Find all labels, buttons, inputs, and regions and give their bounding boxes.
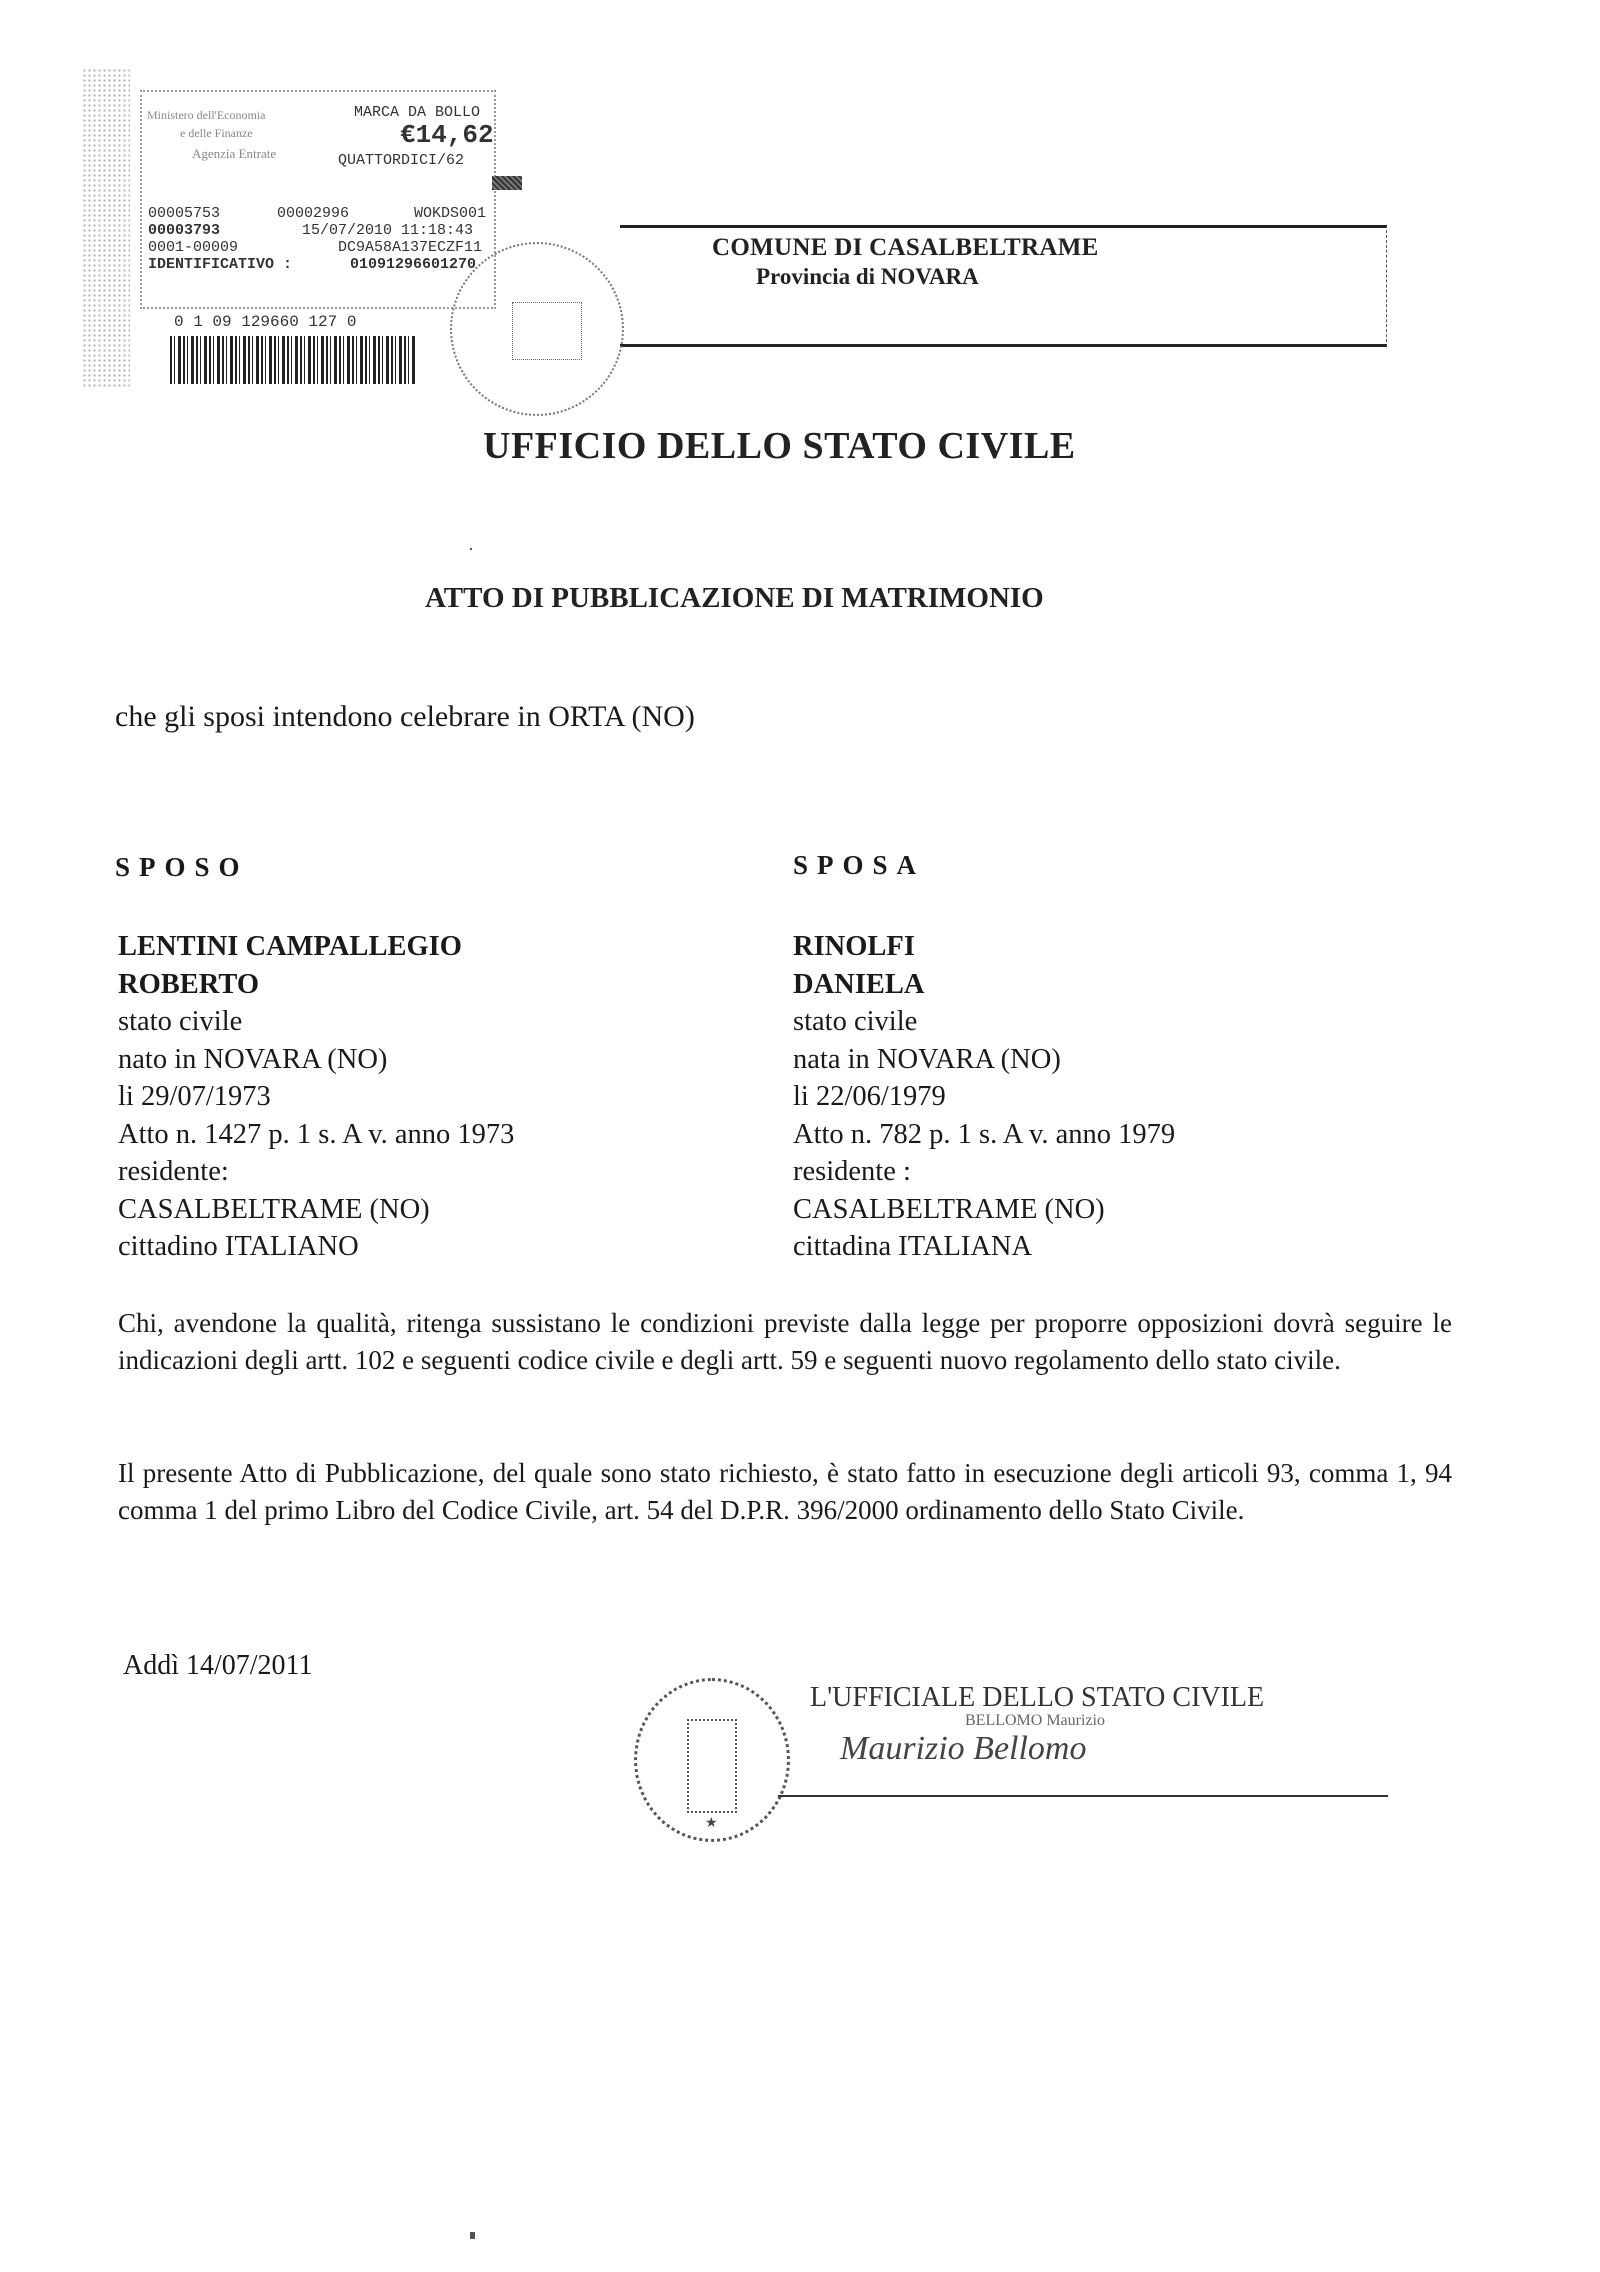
- groom-surname: LENTINI CAMPALLEGIO: [118, 928, 514, 966]
- issue-date: Addì 14/07/2011: [123, 1650, 313, 1682]
- officer-title: L'UFFICIALE DELLO STATO CIVILE: [810, 1682, 1264, 1714]
- groom-birthdate: li 29/07/1973: [118, 1078, 514, 1116]
- stamp-code: 00005753: [148, 205, 220, 222]
- seal-coat-of-arms-icon: [687, 1719, 737, 1813]
- stamp-issuer-line1: Ministero dell'Economia: [147, 108, 265, 123]
- municipal-stamp-icon: [450, 242, 624, 416]
- bride-residence-label: residente :: [793, 1153, 1175, 1191]
- bride-given-name: DANIELA: [793, 966, 1175, 1004]
- revenue-stamp: Ministero dell'Economia e delle Finanze …: [82, 68, 502, 398]
- stamp-amount-words: QUATTORDICI/62: [338, 152, 464, 169]
- act-title: ATTO DI PUBBLICAZIONE DI MATRIMONIO: [425, 582, 1044, 615]
- intro-text: che gli sposi intendono celebrare in ORT…: [115, 700, 695, 734]
- stamp-code: WOKDS001: [414, 205, 486, 222]
- bride-birthplace: nata in NOVARA (NO): [793, 1041, 1175, 1079]
- legal-basis: Il presente Atto di Pubblicazione, del q…: [118, 1455, 1452, 1529]
- scan-speck: [470, 2232, 475, 2239]
- officer-printed-name: BELLOMO Maurizio: [965, 1712, 1105, 1730]
- stamp-datetime: 15/07/2010 11:18:43: [302, 222, 473, 239]
- scan-speck: [470, 548, 472, 550]
- groom-civil-status: stato civile: [118, 1003, 514, 1041]
- municipality-header: COMUNE DI CASALBELTRAME Provincia di NOV…: [620, 225, 1387, 347]
- groom-birthplace: nato in NOVARA (NO): [118, 1041, 514, 1079]
- stamp-identifier-label: IDENTIFICATIVO :: [148, 256, 292, 273]
- bride-civil-status: stato civile: [793, 1003, 1175, 1041]
- stamp-code: DC9A58A137ECZF11: [338, 239, 482, 256]
- stamp-hologram: [492, 176, 522, 190]
- province-name: Provincia di NOVARA: [756, 264, 979, 290]
- municipality-name: COMUNE DI CASALBELTRAME: [712, 234, 1099, 262]
- officer-signature: Maurizio Bellomo: [840, 1730, 1086, 1768]
- seal-star-icon: ★: [705, 1815, 718, 1832]
- stamp-security-strip: [82, 68, 130, 388]
- stamp-code: 0001-00009: [148, 239, 238, 256]
- stamp-type: MARCA DA BOLLO: [354, 104, 480, 121]
- bride-citizenship: cittadina ITALIANA: [793, 1228, 1175, 1266]
- bride-surname: RINOLFI: [793, 928, 1175, 966]
- bride-birthdate: li 22/06/1979: [793, 1078, 1175, 1116]
- bride-heading: SPOSA: [793, 850, 925, 881]
- opposition-notice: Chi, avendone la qualità, ritenga sussis…: [118, 1305, 1452, 1379]
- office-title: UFFICIO DELLO STATO CIVILE: [483, 424, 1076, 468]
- bride-residence: CASALBELTRAME (NO): [793, 1191, 1175, 1229]
- stamp-code: 00003793: [148, 222, 220, 239]
- stamp-emblem-icon: [512, 302, 582, 360]
- stamp-identifier: 01091296601270: [350, 256, 476, 273]
- barcode: [170, 336, 415, 384]
- bride-record: Atto n. 782 p. 1 s. A v. anno 1979: [793, 1116, 1175, 1154]
- groom-residence: CASALBELTRAME (NO): [118, 1191, 514, 1229]
- bride-details: RINOLFI DANIELA stato civile nata in NOV…: [793, 928, 1175, 1266]
- stamp-code: 00002996: [277, 205, 349, 222]
- groom-citizenship: cittadino ITALIANO: [118, 1228, 514, 1266]
- groom-record: Atto n. 1427 p. 1 s. A v. anno 1973: [118, 1116, 514, 1154]
- stamp-issuer-line2: e delle Finanze: [180, 126, 253, 141]
- groom-residence-label: residente:: [118, 1153, 514, 1191]
- stamp-agency: Agenzia Entrate: [192, 146, 276, 162]
- stamp-barcode-number: 0 1 09 129660 127 0: [174, 313, 356, 331]
- groom-heading: SPOSO: [115, 852, 249, 883]
- groom-details: LENTINI CAMPALLEGIO ROBERTO stato civile…: [118, 928, 514, 1266]
- stamp-amount: €14,62: [400, 120, 494, 150]
- signature-line: [778, 1795, 1388, 1797]
- groom-given-name: ROBERTO: [118, 966, 514, 1004]
- municipal-seal-icon: ★: [634, 1678, 790, 1842]
